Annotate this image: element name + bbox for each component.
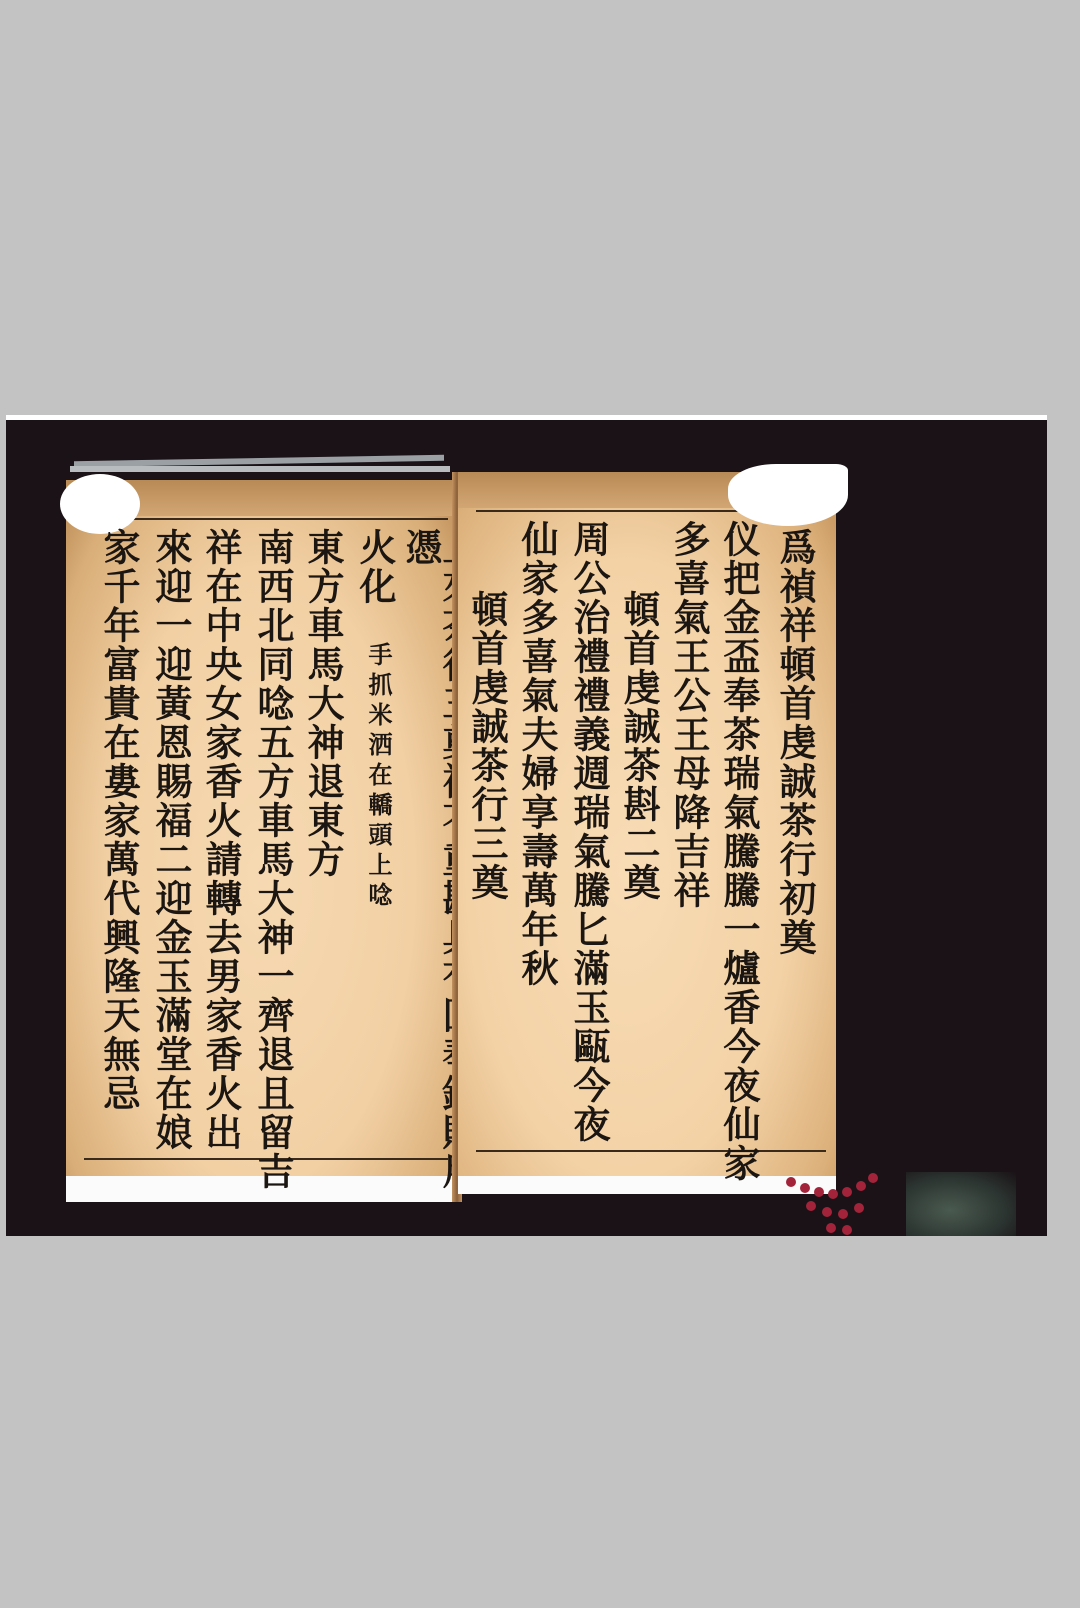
text-column: 來迎一迎黃恩賜福二迎金玉滿堂在娘 [152, 528, 189, 1152]
text-column: 多喜氣王公王母降吉祥 [670, 520, 707, 910]
text-column: 仙家多喜氣夫婦享壽萬年秋 [518, 520, 555, 988]
torn-corner [728, 464, 848, 526]
bottom-rule-line [476, 1150, 826, 1152]
text-column: 仪把金盃奉茶瑞氣騰騰一爐香今夜仙家 [720, 520, 757, 1183]
text-column: 頓首虔誠茶斟二奠 [620, 590, 657, 902]
text-column: 火化 [356, 528, 393, 606]
torn-corner [60, 474, 140, 534]
top-rule-line [84, 518, 448, 520]
left-page: 上來茶行三奠禮不重斟具有回奉銭財用憑 火化 手抓米洒在轎頭上唸 東方車馬大神退東… [66, 480, 458, 1202]
page-stack-edge [70, 466, 450, 472]
text-column: 爲禎祥頓首虔誠茶行初奠 [776, 528, 813, 957]
background-cloth [906, 1172, 1016, 1236]
prayer-beads [776, 1165, 886, 1235]
right-page: 爲禎祥頓首虔誠茶行初奠 仪把金盃奉茶瑞氣騰騰一爐香今夜仙家 多喜氣王公王母降吉祥… [458, 472, 836, 1194]
text-column: 南西北同唸五方車馬大神一齊退且留吉 [254, 528, 291, 1191]
text-column: 祥在中央女家香火請轉去男家香火出 [202, 528, 239, 1152]
text-column: 頓首虔誠茶行三奠 [468, 590, 505, 902]
text-column: 東方車馬大神退東方 [304, 528, 341, 879]
manuscript-photo: 上來茶行三奠禮不重斟具有回奉銭財用憑 火化 手抓米洒在轎頭上唸 東方車馬大神退東… [6, 415, 1047, 1236]
annotation-column: 手抓米洒在轎頭上唸 [366, 642, 390, 912]
text-column: 周公治禮禮義週瑞氣騰匕滿玉甌今夜 [570, 520, 607, 1144]
text-column: 家千年富貴在婁家萬代興隆天無忌 [100, 528, 137, 1113]
